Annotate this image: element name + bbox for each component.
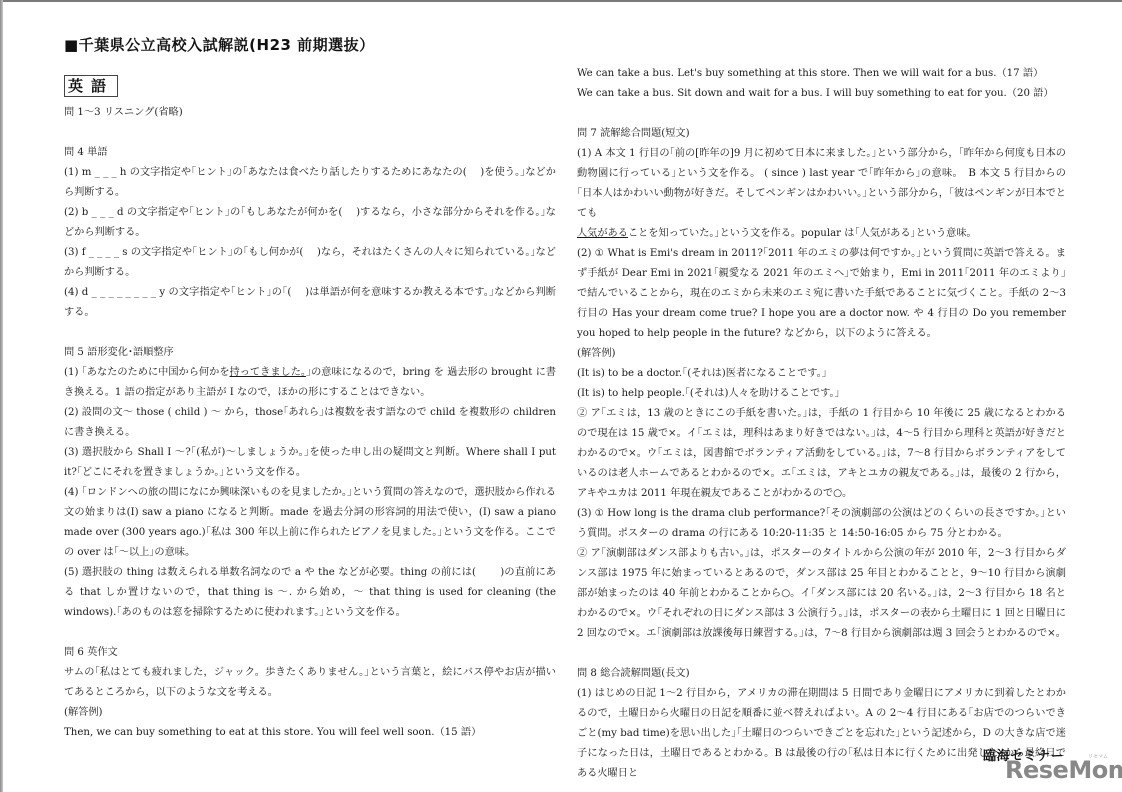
underlined-phrase: 人気がある [577,228,628,239]
paragraph-text: ことを知っていた。｣という文を作る。popular は｢人気がある｣という意味。 [628,228,977,239]
paragraph: (1) ｢あなたのために中国から何かを持ってきました。｣の意味になるので，bri… [64,363,556,403]
resemom-logo: ReseMom [1005,756,1122,784]
paragraph: (4) d _ _ _ _ _ _ _ _ y の文字指定や｢ヒント｣の｢( )… [64,283,556,323]
paragraph: (5) 選択肢の thing は数えられる単数名詞なので a や the などが… [64,563,556,623]
section-heading: 問 5 語形変化･語順整序 [64,343,556,363]
spacer [64,623,556,643]
paragraph: (解答例) [577,344,1066,364]
document-title: ■千葉県公立高校入試解説(H23 前期選抜） [64,34,375,55]
section-heading: 問 1～3 リスニング(省略) [64,103,556,123]
paragraph: ② ア｢エミは，13 歳のときにこの手紙を書いた。｣は，手紙の 1 行目から 1… [577,404,1066,504]
paragraph: (It is) to help people.｢(それは)人々を助けることです。… [577,384,1066,404]
left-column: 問 1～3 リスニング(省略)問 4 単語(1) m _ _ _ h の文字指定… [64,103,556,743]
section-heading: 問 6 英作文 [64,643,556,663]
paragraph: (2) ① What is Emi's dream in 2011?｢2011 … [577,244,1066,344]
paragraph: (1) A 本文 1 行目の｢前の[昨年の]9 月に初めて日本に来ました。｣とい… [577,144,1066,224]
page-frame-left [0,0,3,792]
paragraph: 人気があることを知っていた。｣という文を作る。popular は｢人気がある｣と… [577,224,1066,244]
spacer [64,323,556,343]
right-column: We can take a bus. Let's buy something a… [577,64,1066,784]
paragraph: (2) 設問の文～ those ( child ) ～ から，those｢あれら… [64,403,556,443]
section-heading: 問 7 読解総合問題(短文) [577,124,1066,144]
paragraph: (4) ｢ロンドンへの旅の間になにか興味深いものを見ましたか。｣という質問の答え… [64,483,556,563]
section-heading: 問 8 総合読解問題(長文) [577,664,1066,684]
paragraph: We can take a bus. Sit down and wait for… [577,84,1066,104]
page-frame-top [0,0,1122,2]
spacer [64,123,556,143]
paragraph: (1) m _ _ _ h の文字指定や｢ヒント｣の｢あなたは食べたり話したりす… [64,163,556,203]
paragraph: We can take a bus. Let's buy something a… [577,64,1066,84]
paragraph: (3) ① How long is the drama club perform… [577,504,1066,544]
paragraph: (3) 選択肢から Shall I ～?｢(私が)～しましょうか。｣を使った申し… [64,443,556,483]
paragraph: Then, we can buy something to eat at thi… [64,723,556,743]
paragraph: (解答例) [64,703,556,723]
spacer [577,644,1066,664]
paragraph: (2) b _ _ _ d の文字指定や｢ヒント｣の｢もしあなたが何かを( )す… [64,203,556,243]
section-heading: 問 4 単語 [64,143,556,163]
paragraph: (3) f _ _ _ _ s の文字指定や｢ヒント｣の｢もし何かが( )なら，… [64,243,556,283]
paragraph: (1) はじめの日記 1～2 行目から，アメリカの滞在期間は 5 日間であり金曜… [577,684,1066,784]
paragraph: (It is) to be a doctor.｢(それは)医者になることです。｣ [577,364,1066,384]
paragraph-text: (1) ｢あなたのために中国から何かを [64,367,230,378]
underlined-phrase: 持ってきました。 [230,367,306,378]
paragraph: サムの｢私はとても疲れました，ジャック。歩きたくありません。｣という言葉と，絵に… [64,663,556,703]
spacer [577,104,1066,124]
subject-label: 英語 [64,75,118,97]
paragraph: ② ア｢演劇部はダンス部よりも古い。｣は，ポスターのタイトルから公演の年が 20… [577,544,1066,644]
